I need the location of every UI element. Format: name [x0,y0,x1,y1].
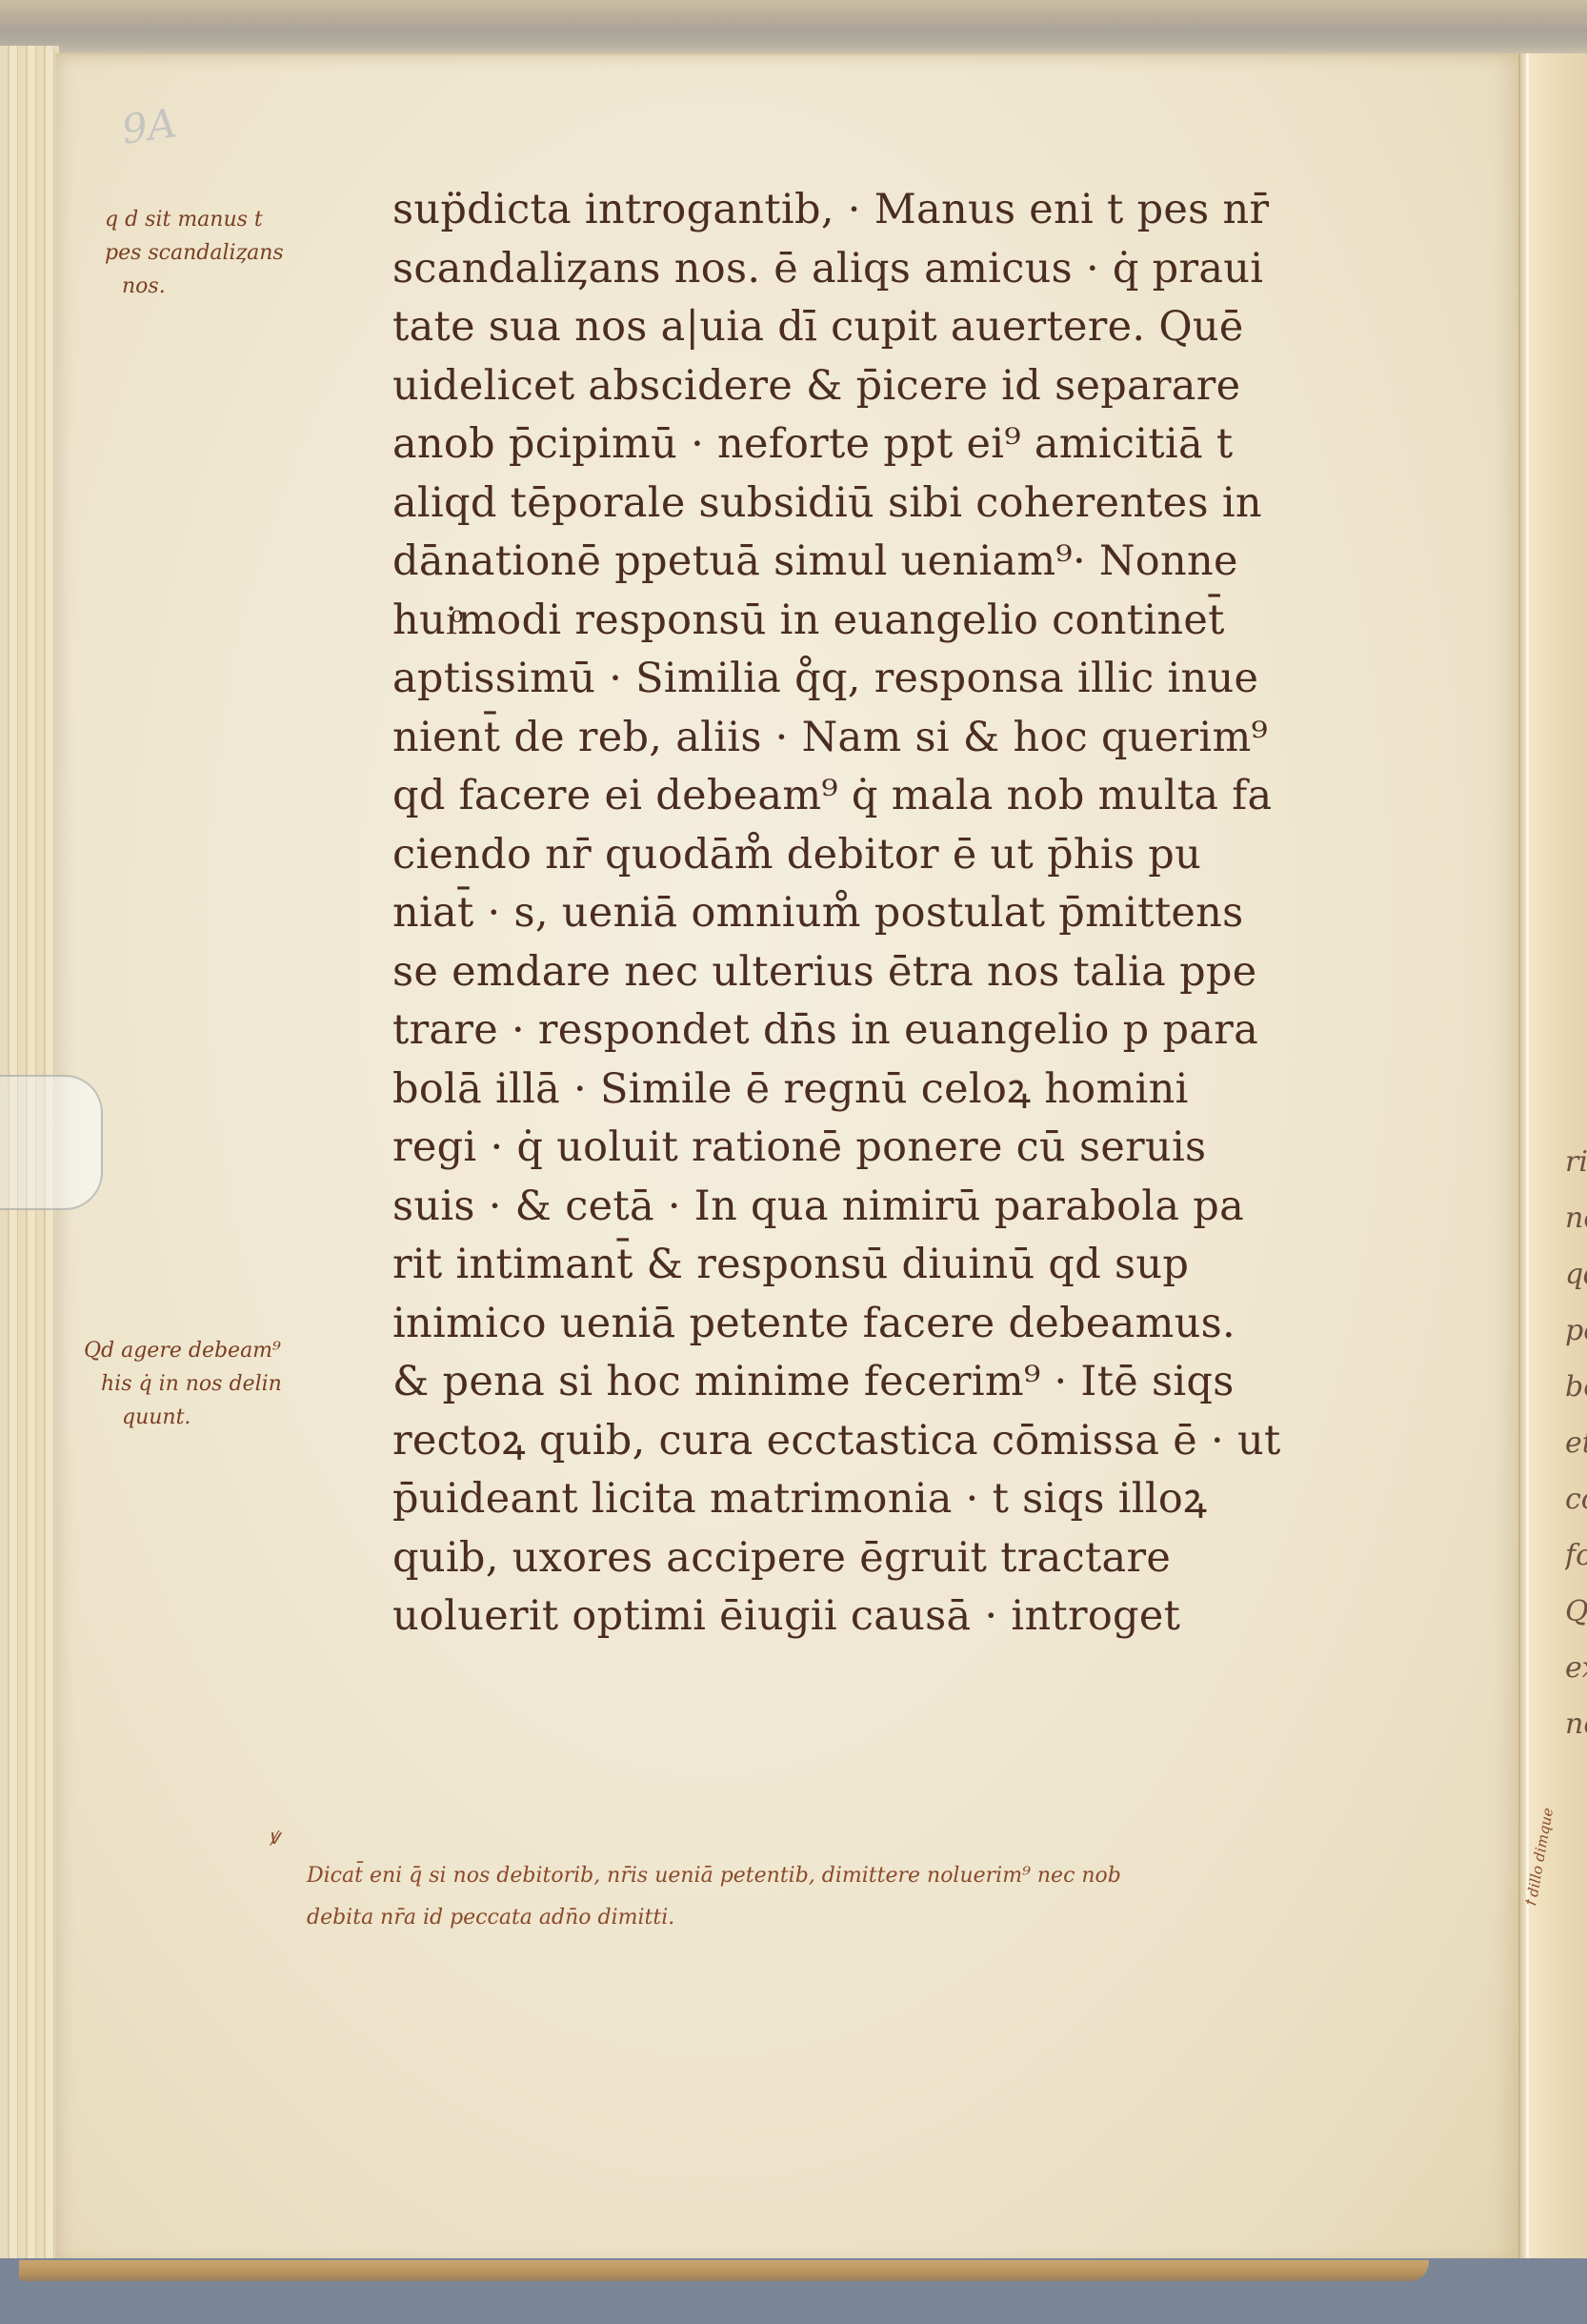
partial-line: exqu [1565,1640,1587,1696]
text-line: se emdare nec ulterius ētra nos talia pp… [392,943,1478,1002]
text-line: nient̄ de reb, aliis · Nam si & hoc quer… [392,709,1478,768]
text-line: huiͦmodi responsū in euangelio continet̄ [392,592,1478,651]
footnote-mark: ꝟ [269,1822,279,1850]
page-clip [0,1075,103,1210]
gloss-line: q d sit manus t [105,203,284,236]
text-line: rit intimant̄ & responsū diuinū qd sup [392,1236,1478,1295]
gloss-line: his q̇ in nos delin [84,1367,282,1401]
gloss-line: pes scandaliȥans [105,236,284,270]
text-line: inimico ueniā petente facere debeamus. [392,1295,1478,1354]
gloss-line: nos. [105,270,284,303]
partial-line: forr [1565,1527,1587,1584]
margin-gloss-1: q d sit manus t pes scandaliȥans nos. [105,203,284,303]
text-line: suis · & cetā · In qua nimirū parabola p… [392,1178,1478,1237]
partial-line: pe [1565,1303,1587,1359]
text-line: trare · respondet dn̄s in euangelio p pa… [392,1001,1478,1061]
partial-line: be [1565,1359,1587,1415]
text-line: uidelicet abscidere & p̄icere id separar… [392,357,1478,416]
text-line: scandaliȥans nos. ē aliqs amicus · q̇ pr… [392,240,1478,299]
partial-line: et [1565,1415,1587,1471]
book-top-edge [0,0,1587,57]
text-line: niat̄ · s, ueniā omnium̊ postulat p̄mitt… [392,884,1478,943]
text-line: quib, uxores accipere ēgruit tractare [392,1529,1478,1588]
text-line: dānationē ppetuā simul ueniam⁹· Nonne [392,533,1478,592]
partial-line: Quib, [1565,1584,1587,1640]
next-folio-partial-text: ri nc qd pe be et con forr Quib, exqu ne… [1565,1134,1587,1752]
partial-line: con [1565,1471,1587,1527]
footnote-line: debita nr̄a id peccata adn̄o dimitti. [307,1897,1450,1939]
text-line: rectoꝝ quib, cura ecctastica cōmissa ē ·… [392,1412,1478,1471]
text-line: tate sua nos a|uia dī cupit auertere. Qu… [392,298,1478,357]
main-text-block: sup̈dicta introgantib, · Manus eni t pes… [392,181,1478,1647]
footnote-line: Dicat̄ eni q̄ si nos debitorib, nr̄is ue… [307,1855,1450,1897]
partial-line: ri [1565,1134,1587,1190]
text-line: aliqd tēporale subsidiū sibi coherentes … [392,475,1478,534]
text-line: bolā illā · Simile ē regnū celoꝝ homini [392,1061,1478,1120]
text-line: anob p̄cipimū · neforte ppt ei⁹ amicitiā… [392,415,1478,475]
footnote: Dicat̄ eni q̄ si nos debitorib, nr̄is ue… [307,1855,1450,1939]
text-line: uoluerit optimi ēiugii causā · introget [392,1587,1478,1647]
text-line: sup̈dicta introgantib, · Manus eni t pes… [392,181,1478,240]
partial-line: nem [1565,1696,1587,1752]
text-line: aptissimū · Similia q̊q, responsa illic … [392,650,1478,709]
text-line: ciendo nr̄ quodām̊ debitor ē ut p̄his pu [392,826,1478,885]
text-line: p̄uideant licita matrimonia · t siqs ill… [392,1470,1478,1529]
text-line: & pena si hoc minime fecerim⁹ · Itē siqs [392,1353,1478,1412]
gloss-line: Qd agere debeam⁹ [84,1334,282,1367]
margin-gloss-2: Qd agere debeam⁹ his q̇ in nos delin quu… [84,1334,282,1434]
gloss-line: quunt. [84,1401,282,1434]
partial-line: nc [1565,1190,1587,1246]
text-line: regi · q̇ uoluit rationē ponere cū serui… [392,1119,1478,1178]
partial-line: qd [1565,1246,1587,1303]
pencil-folio-mark: 9A [119,99,179,152]
text-line: qd facere ei debeam⁹ q̇ mala nob multa f… [392,767,1478,826]
book-bottom-edge [19,2260,1429,2281]
